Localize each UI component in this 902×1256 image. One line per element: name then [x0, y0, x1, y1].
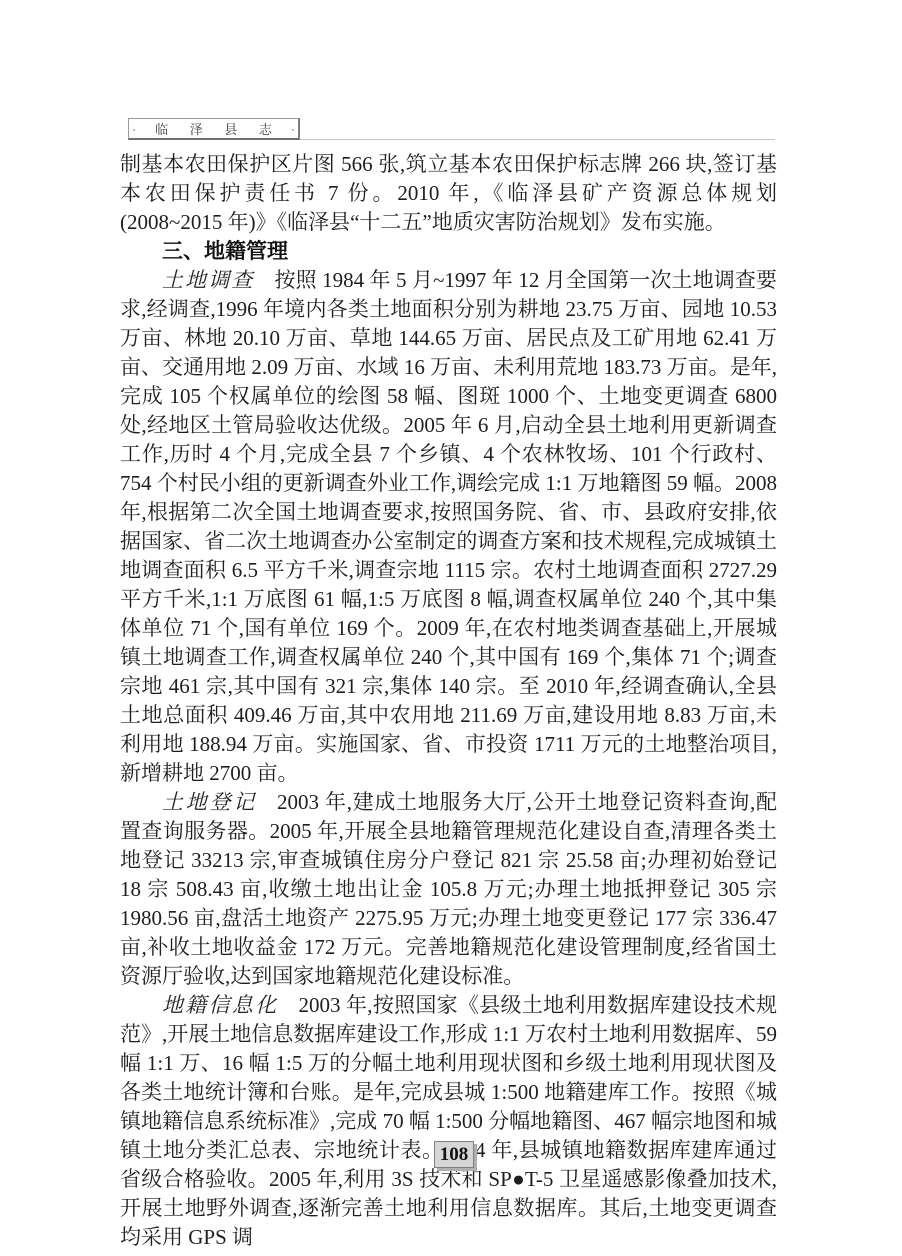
page-number-box: 108 [434, 1141, 474, 1168]
paragraph-continuation: 制基本农田保护区片图 566 张,筑立基本农田保护标志牌 266 块,签订基本农… [120, 150, 777, 237]
paragraph-lead-land-registration: 土地登记 [162, 790, 257, 814]
section-heading: 三、地籍管理 [120, 237, 777, 266]
paragraph-text-cadastral-informatization: 2003 年,按照国家《县级土地利用数据库建设技术规范》,开展土地信息数据库建设… [120, 993, 777, 1249]
page-number: 108 [440, 1144, 469, 1166]
paragraph-text-land-survey: 按照 1984 年 5 月~1997 年 12 月全国第一次土地调查要求,经调查… [120, 268, 777, 785]
paragraph-land-registration: 土地登记2003 年,建成土地服务大厅,公开土地登记资料查询,配置查询服务器。2… [120, 788, 777, 991]
paragraph-cadastral-informatization: 地籍信息化2003 年,按照国家《县级土地利用数据库建设技术规范》,开展土地信息… [120, 991, 777, 1252]
header-right-dot: · [291, 122, 295, 136]
paragraph-lead-cadastral-informatization: 地籍信息化 [162, 993, 278, 1017]
header-title-box: · 临 泽 县 志 · [128, 118, 300, 140]
document-page: · 临 泽 县 志 · 制基本农田保护区片图 566 张,筑立基本农田保护标志牌… [0, 0, 902, 1256]
body-text-block: 制基本农田保护区片图 566 张,筑立基本农田保护标志牌 266 块,签订基本农… [120, 150, 777, 1252]
header-left-dot: · [132, 122, 136, 136]
paragraph-text-land-registration: 2003 年,建成土地服务大厅,公开土地登记资料查询,配置查询服务器。2005 … [120, 790, 777, 988]
paragraph-land-survey: 土地调查按照 1984 年 5 月~1997 年 12 月全国第一次土地调查要求… [120, 266, 777, 788]
page-header-title: 临 泽 县 志 [146, 119, 281, 138]
paragraph-lead-land-survey: 土地调查 [162, 268, 255, 292]
